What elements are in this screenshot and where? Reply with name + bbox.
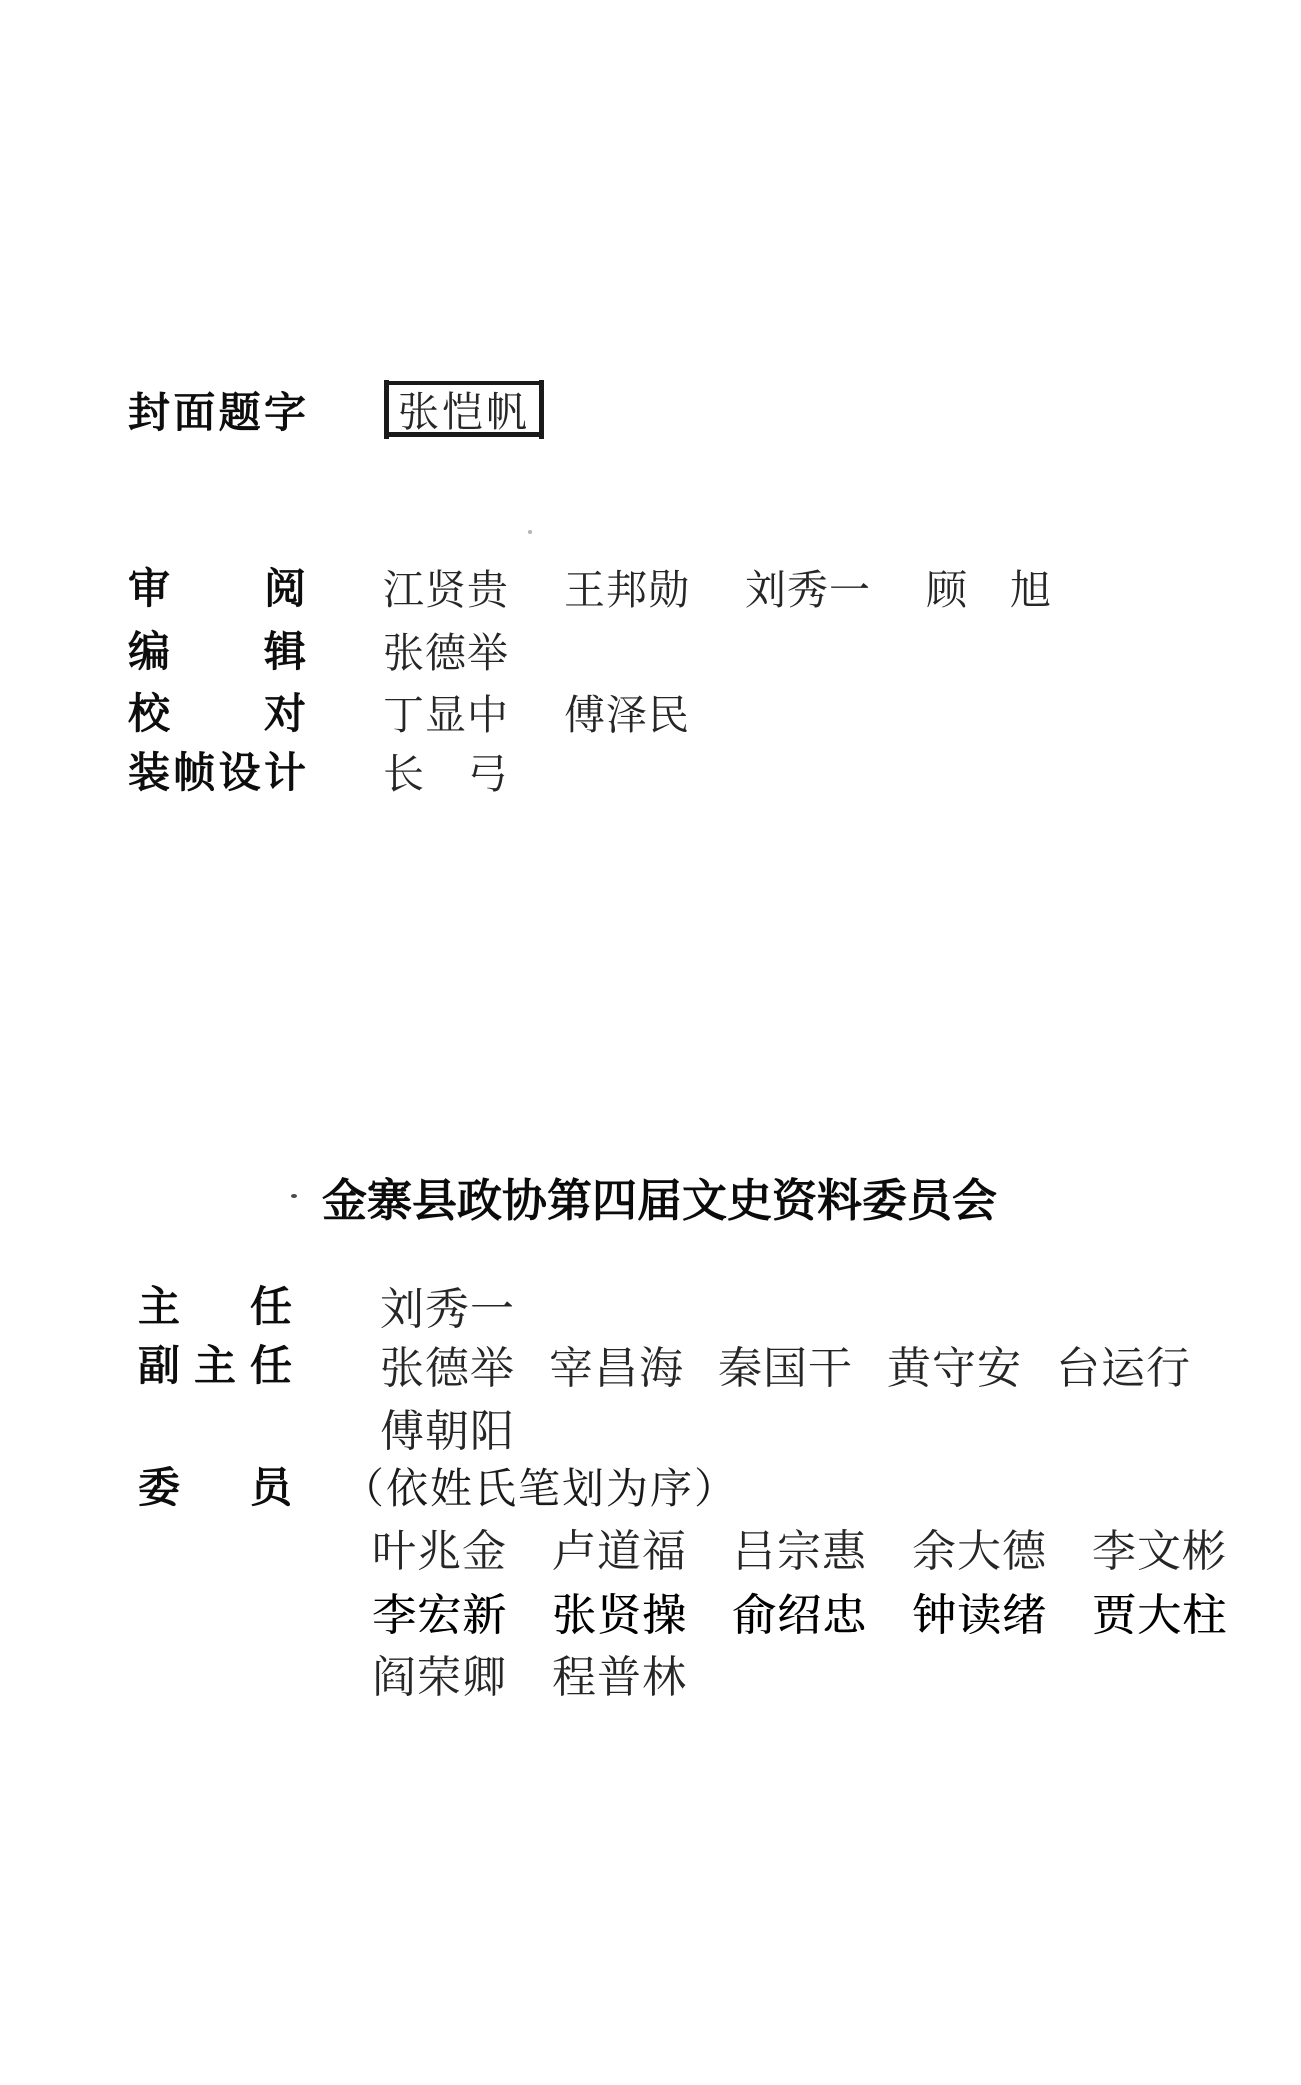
committee-heading: 金寨县政协第四届文史资料委员会 (322, 1176, 997, 1226)
ink-speck (528, 530, 532, 534)
ink-speck (291, 1194, 297, 1198)
chair-name: 刘秀一 (380, 1284, 515, 1337)
cover-title-name: 张恺帆 (398, 379, 530, 438)
proofreader-name: 丁显中 (383, 691, 509, 740)
member-name: 李宏新 (372, 1590, 507, 1643)
member-name: 程普林 (552, 1652, 687, 1705)
vice-chair-name: 宰昌海 (549, 1343, 684, 1396)
vice-chair-name: 秦国干 (718, 1343, 853, 1396)
member-name: 阎荣卿 (372, 1652, 507, 1705)
reviewer-name: 江贤贵 (383, 566, 509, 615)
members-ordering-note: （依姓氏笔划为序） (342, 1465, 738, 1515)
member-name: 卢道福 (552, 1526, 687, 1579)
book-colophon-page: 封面题字 张恺帆 审阅 江贤贵 王邦勋 刘秀一 顾 旭 编辑 张德举 校对 丁显… (0, 0, 1301, 2085)
design-names: 长 弓 (383, 750, 509, 799)
editor-names: 张德举 (383, 629, 509, 678)
cover-title-name-box: 张恺帆 (386, 381, 542, 437)
member-name: 叶兆金 (372, 1526, 507, 1579)
reviewer-name: 刘秀一 (745, 566, 871, 615)
vice-chair-label: 副主任 (138, 1343, 292, 1389)
member-name: 钟读绪 (912, 1590, 1047, 1643)
member-name: 张贤操 (552, 1590, 687, 1643)
members-label: 委员 (138, 1465, 292, 1511)
proofreaders-names: 丁显中 傅泽民 (383, 691, 690, 740)
vice-chair-name: 傅朝阳 (380, 1406, 515, 1459)
reviewers-label: 审阅 (128, 566, 306, 612)
design-label: 装帧设计 (128, 750, 306, 796)
vice-chair-name: 台运行 (1056, 1343, 1191, 1396)
member-name: 贾大柱 (1092, 1590, 1227, 1643)
editor-label: 编辑 (128, 629, 306, 675)
proofreaders-label: 校对 (128, 691, 306, 737)
vice-chair-name: 黄守安 (887, 1343, 1022, 1396)
designer-name: 长 弓 (383, 750, 509, 799)
cover-title-label: 封面题字 (128, 390, 306, 436)
vice-chair-name: 张德举 (380, 1343, 515, 1396)
proofreader-name: 傅泽民 (564, 691, 690, 740)
member-name: 余大德 (912, 1526, 1047, 1579)
chair-label: 主任 (138, 1284, 292, 1330)
member-name: 俞绍忠 (732, 1590, 867, 1643)
member-name: 李文彬 (1092, 1526, 1227, 1579)
vice-chair-continuation: 傅朝阳 (380, 1406, 515, 1459)
vice-chair-names: 张德举 宰昌海 秦国干 黄守安 台运行 (380, 1343, 1191, 1396)
editor-name: 张德举 (383, 629, 509, 678)
member-name: 吕宗惠 (732, 1526, 867, 1579)
reviewer-name: 王邦勋 (564, 566, 690, 615)
reviewer-name: 顾 旭 (926, 566, 1052, 615)
reviewers-names: 江贤贵 王邦勋 刘秀一 顾 旭 (383, 566, 1052, 615)
chair-names: 刘秀一 (380, 1284, 515, 1337)
